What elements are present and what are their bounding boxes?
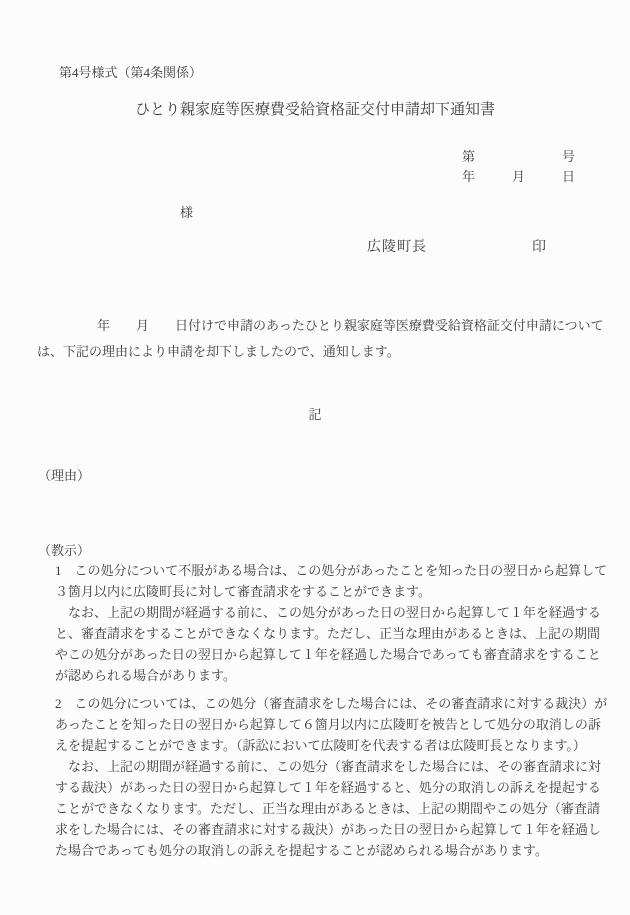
instruction-section-label: （教示） bbox=[38, 544, 90, 557]
record-heading: 記 bbox=[0, 408, 630, 421]
instruction-item2-line: ことができなくなります。ただし、正当な理由があるときは、上記の期間やこの処分（審… bbox=[55, 802, 607, 823]
date-day-label: 日 bbox=[562, 170, 575, 183]
instruction-item2-line: 求をした場合には、その審査請求に対する裁決）があった日の翌日から起算して１年を経… bbox=[55, 823, 607, 844]
instruction-item-2: 2 この処分については、この処分（審査請求をした場合には、その審査請求に対する裁… bbox=[55, 697, 607, 865]
instruction-item1-line: やこの処分があった日の翌日から起算して１年を経過した場合であっても審査請求をする… bbox=[55, 648, 607, 669]
form-number-label: 第4号様式（第4条関係） bbox=[59, 66, 202, 79]
seal-mark: 印 bbox=[532, 241, 547, 255]
instruction-item2-line: 2 この処分については、この処分（審査請求をした場合には、その審査請求に対する裁… bbox=[55, 697, 607, 718]
issuer-line: 広陵町長 印 bbox=[367, 241, 547, 255]
doc-number-prefix: 第 bbox=[462, 150, 475, 163]
instruction-item2-line: あったことを知った日の翌日から起算して６箇月以内に広陵町を被告として処分の取消し… bbox=[55, 718, 607, 739]
instruction-item1-line: と、審査請求をすることができなくなります。ただし、正当な理由があるときは、上記の… bbox=[55, 627, 607, 648]
instruction-item2-line: えを提起することができます。（訴訟において広陵町を代表する者は広陵町長となります… bbox=[55, 739, 607, 760]
document-page: 第4号様式（第4条関係） ひとり親家庭等医療費受給資格証交付申請却下通知書 第 … bbox=[0, 0, 630, 915]
addressee-honorific: 様 bbox=[180, 206, 193, 219]
instruction-item1-line: ３箇月以内に広陵町長に対して審査請求をすることができます。 bbox=[55, 585, 607, 606]
date-line: 年 月 日 bbox=[462, 170, 575, 183]
instruction-item-1: 1 この処分について不服がある場合は、この処分があったことを知った日の翌日から起… bbox=[55, 564, 607, 690]
document-title: ひとり親家庭等医療費受給資格証交付申請却下通知書 bbox=[0, 103, 630, 118]
instruction-item2-line: する裁決）があった日の翌日から起算して１年を経過すると、処分の取消しの訴えを提起… bbox=[55, 781, 607, 802]
body-line-2: は、下記の理由により申請を却下しましたので、通知します。 bbox=[37, 345, 400, 358]
instruction-item2-line: なお、上記の期間が経過する前に、この処分（審査請求をした場合には、その審査請求に… bbox=[55, 760, 607, 781]
body-line-1: 年 月 日付けで申請のあったひとり親家庭等医療費受給資格証交付申請について bbox=[97, 319, 604, 332]
instruction-item1-line: 1 この処分について不服がある場合は、この処分があったことを知った日の翌日から起… bbox=[55, 564, 607, 585]
doc-number-suffix: 号 bbox=[562, 150, 575, 163]
date-year-label: 年 bbox=[462, 170, 475, 183]
doc-number-line: 第 号 bbox=[462, 150, 575, 163]
date-month-label: 月 bbox=[512, 170, 525, 183]
instruction-item2-line: た場合であっても処分の取消しの訴えを提起することが認められる場合があります。 bbox=[55, 844, 607, 865]
reason-section-label: （理由） bbox=[38, 469, 90, 482]
instruction-item1-line: が認められる場合があります。 bbox=[55, 669, 607, 690]
issuer-name: 広陵町長 bbox=[367, 241, 427, 255]
instruction-item1-line: なお、上記の期間が経過する前に、この処分があった日の翌日から起算して１年を経過す… bbox=[55, 606, 607, 627]
